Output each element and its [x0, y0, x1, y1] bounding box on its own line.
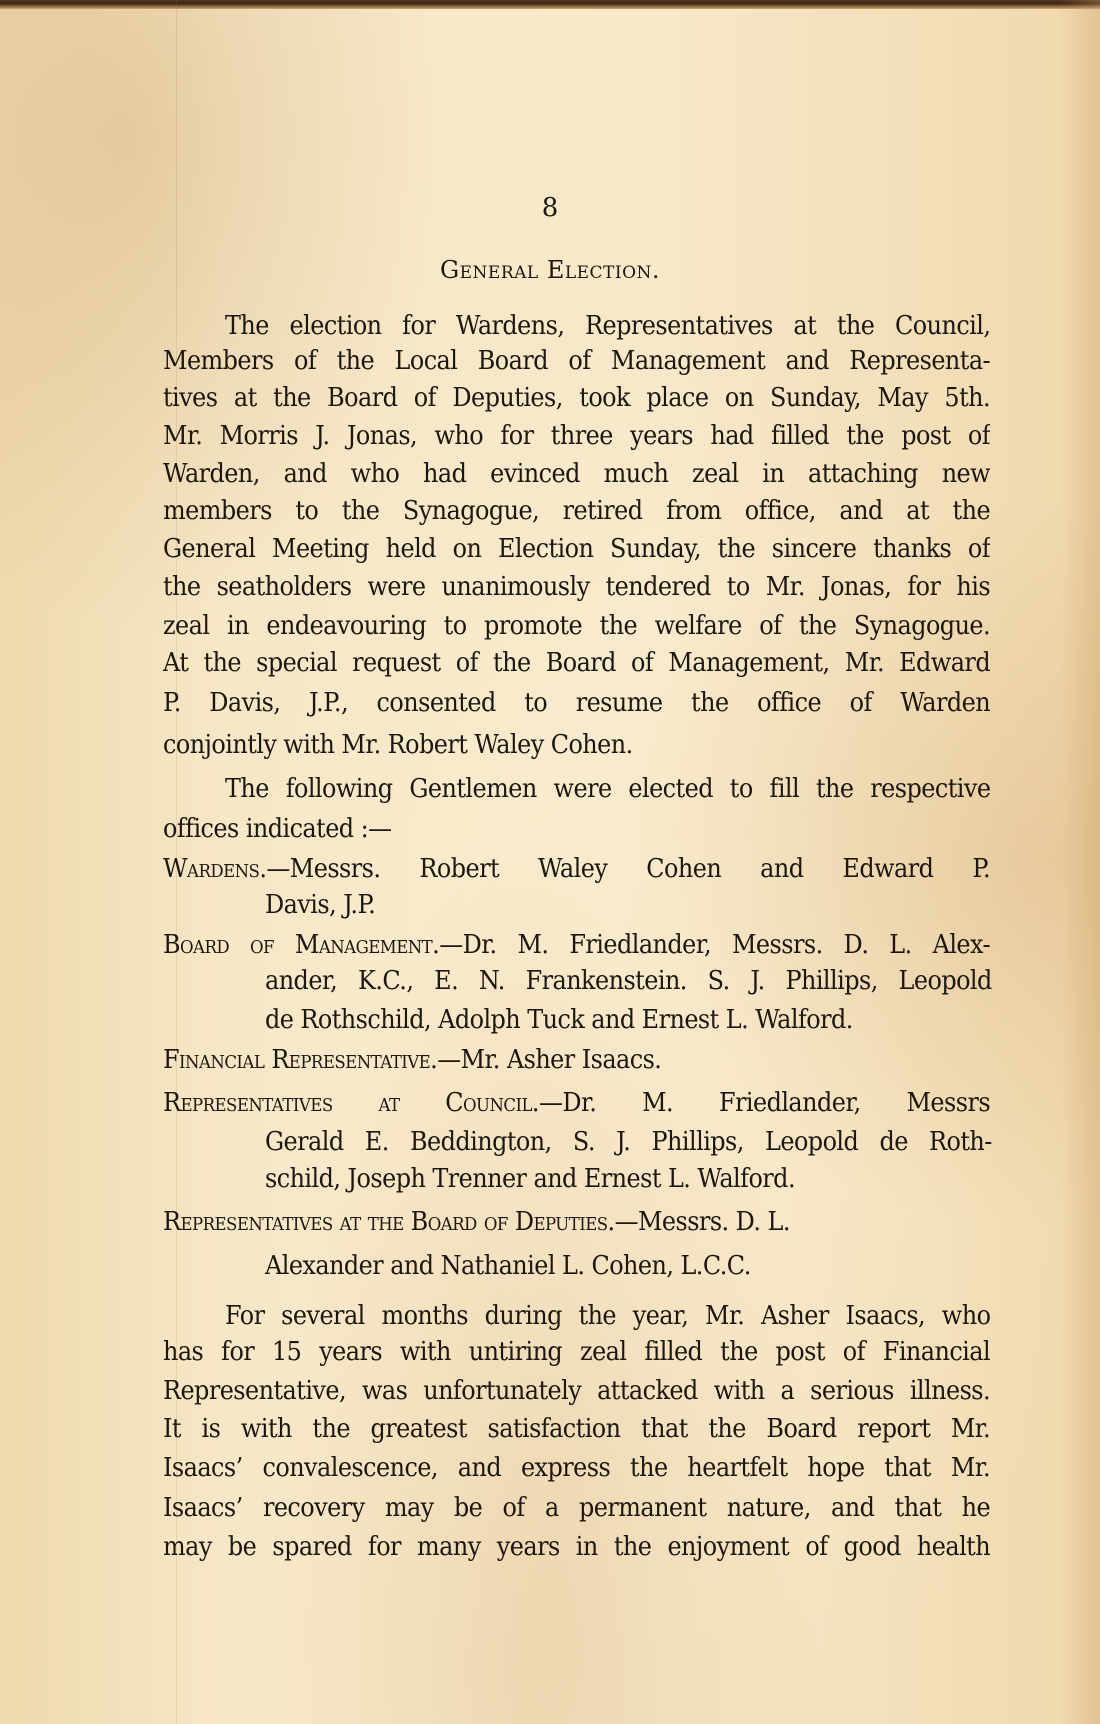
text-line: Representative, was unfortunately attack…	[163, 1376, 990, 1406]
scanned-page: 8 General Election. The election for War…	[0, 0, 1100, 1724]
text-line: zeal in endeavouring to promote the welf…	[163, 611, 990, 641]
text-line: offices indicated :—	[163, 814, 924, 844]
text-line: At the special request of the Board of M…	[163, 648, 990, 678]
office-label: Representatives at the Board of Deputies…	[163, 1207, 615, 1237]
page-number: 8	[0, 193, 1100, 223]
text-line: Warden, and who had evinced much zeal in…	[163, 459, 990, 489]
text-line: Members of the Local Board of Management…	[163, 346, 990, 376]
text-line: P. Davis, J.P., consented to resume the …	[163, 688, 990, 718]
office-label: Board of Management.	[163, 930, 439, 960]
text-line: Isaacs’ convalescence, and express the h…	[163, 1453, 990, 1483]
text-line: the seatholders were unanimously tendere…	[163, 572, 990, 602]
text-line: The election for Wardens, Representative…	[225, 311, 990, 341]
office-holders: —Messrs. D. L.	[615, 1207, 790, 1237]
text-line: has for 15 years with untiring zeal fill…	[163, 1337, 990, 1367]
text-line: may be spared for many years in the enjo…	[163, 1532, 990, 1562]
text-line: Gerald E. Beddington, S. J. Phillips, Le…	[265, 1127, 992, 1157]
text-line: Alexander and Nathaniel L. Cohen, L.C.C.	[265, 1251, 1026, 1281]
office-label: Representatives at Council.	[163, 1088, 539, 1118]
office-entry: Representatives at the Board of Deputies…	[163, 1207, 990, 1237]
text-line: General Meeting held on Election Sunday,…	[163, 534, 990, 564]
text-line: It is with the greatest satisfaction tha…	[163, 1414, 990, 1444]
office-label: Financial Representative.	[163, 1045, 437, 1075]
text-line: members to the Synagogue, retired from o…	[163, 496, 990, 526]
text-line: Davis, J.P.	[265, 890, 1026, 920]
text-line: tives at the Board of Deputies, took pla…	[163, 383, 990, 413]
text-line: For several months during the year, Mr. …	[225, 1301, 990, 1331]
office-entry: Financial Representative.—Mr. Asher Isaa…	[163, 1045, 990, 1075]
text-line: Mr. Morris J. Jonas, who for three years…	[163, 421, 990, 451]
section-heading: General Election.	[0, 256, 1100, 284]
office-holders: —Mr. Asher Isaacs.	[437, 1045, 661, 1075]
office-label: Wardens.	[163, 854, 266, 884]
text-line: ander, K.C., E. N. Frankenstein. S. J. P…	[265, 966, 992, 996]
text-line: The following Gentlemen were elected to …	[225, 774, 990, 804]
office-entry: Board of Management.—Dr. M. Friedlander,…	[163, 930, 990, 960]
office-entry: Representatives at Council.—Dr. M. Fried…	[163, 1088, 990, 1118]
office-holders: —Dr. M. Friedlander, Messrs	[539, 1088, 990, 1118]
text-line: schild, Joseph Trenner and Ernest L. Wal…	[265, 1164, 1026, 1194]
text-line: Isaacs’ recovery may be of a permanent n…	[163, 1493, 990, 1523]
office-holders: —Dr. M. Friedlander, Messrs. D. L. Alex-	[439, 930, 990, 960]
office-entry: Wardens.—Messrs. Robert Waley Cohen and …	[163, 854, 990, 884]
text-line: conjointly with Mr. Robert Waley Cohen.	[163, 730, 924, 760]
office-holders: —Messrs. Robert Waley Cohen and Edward P…	[266, 854, 990, 884]
page-top-edge	[0, 0, 1100, 9]
text-line: de Rothschild, Adolph Tuck and Ernest L.…	[265, 1005, 1026, 1035]
